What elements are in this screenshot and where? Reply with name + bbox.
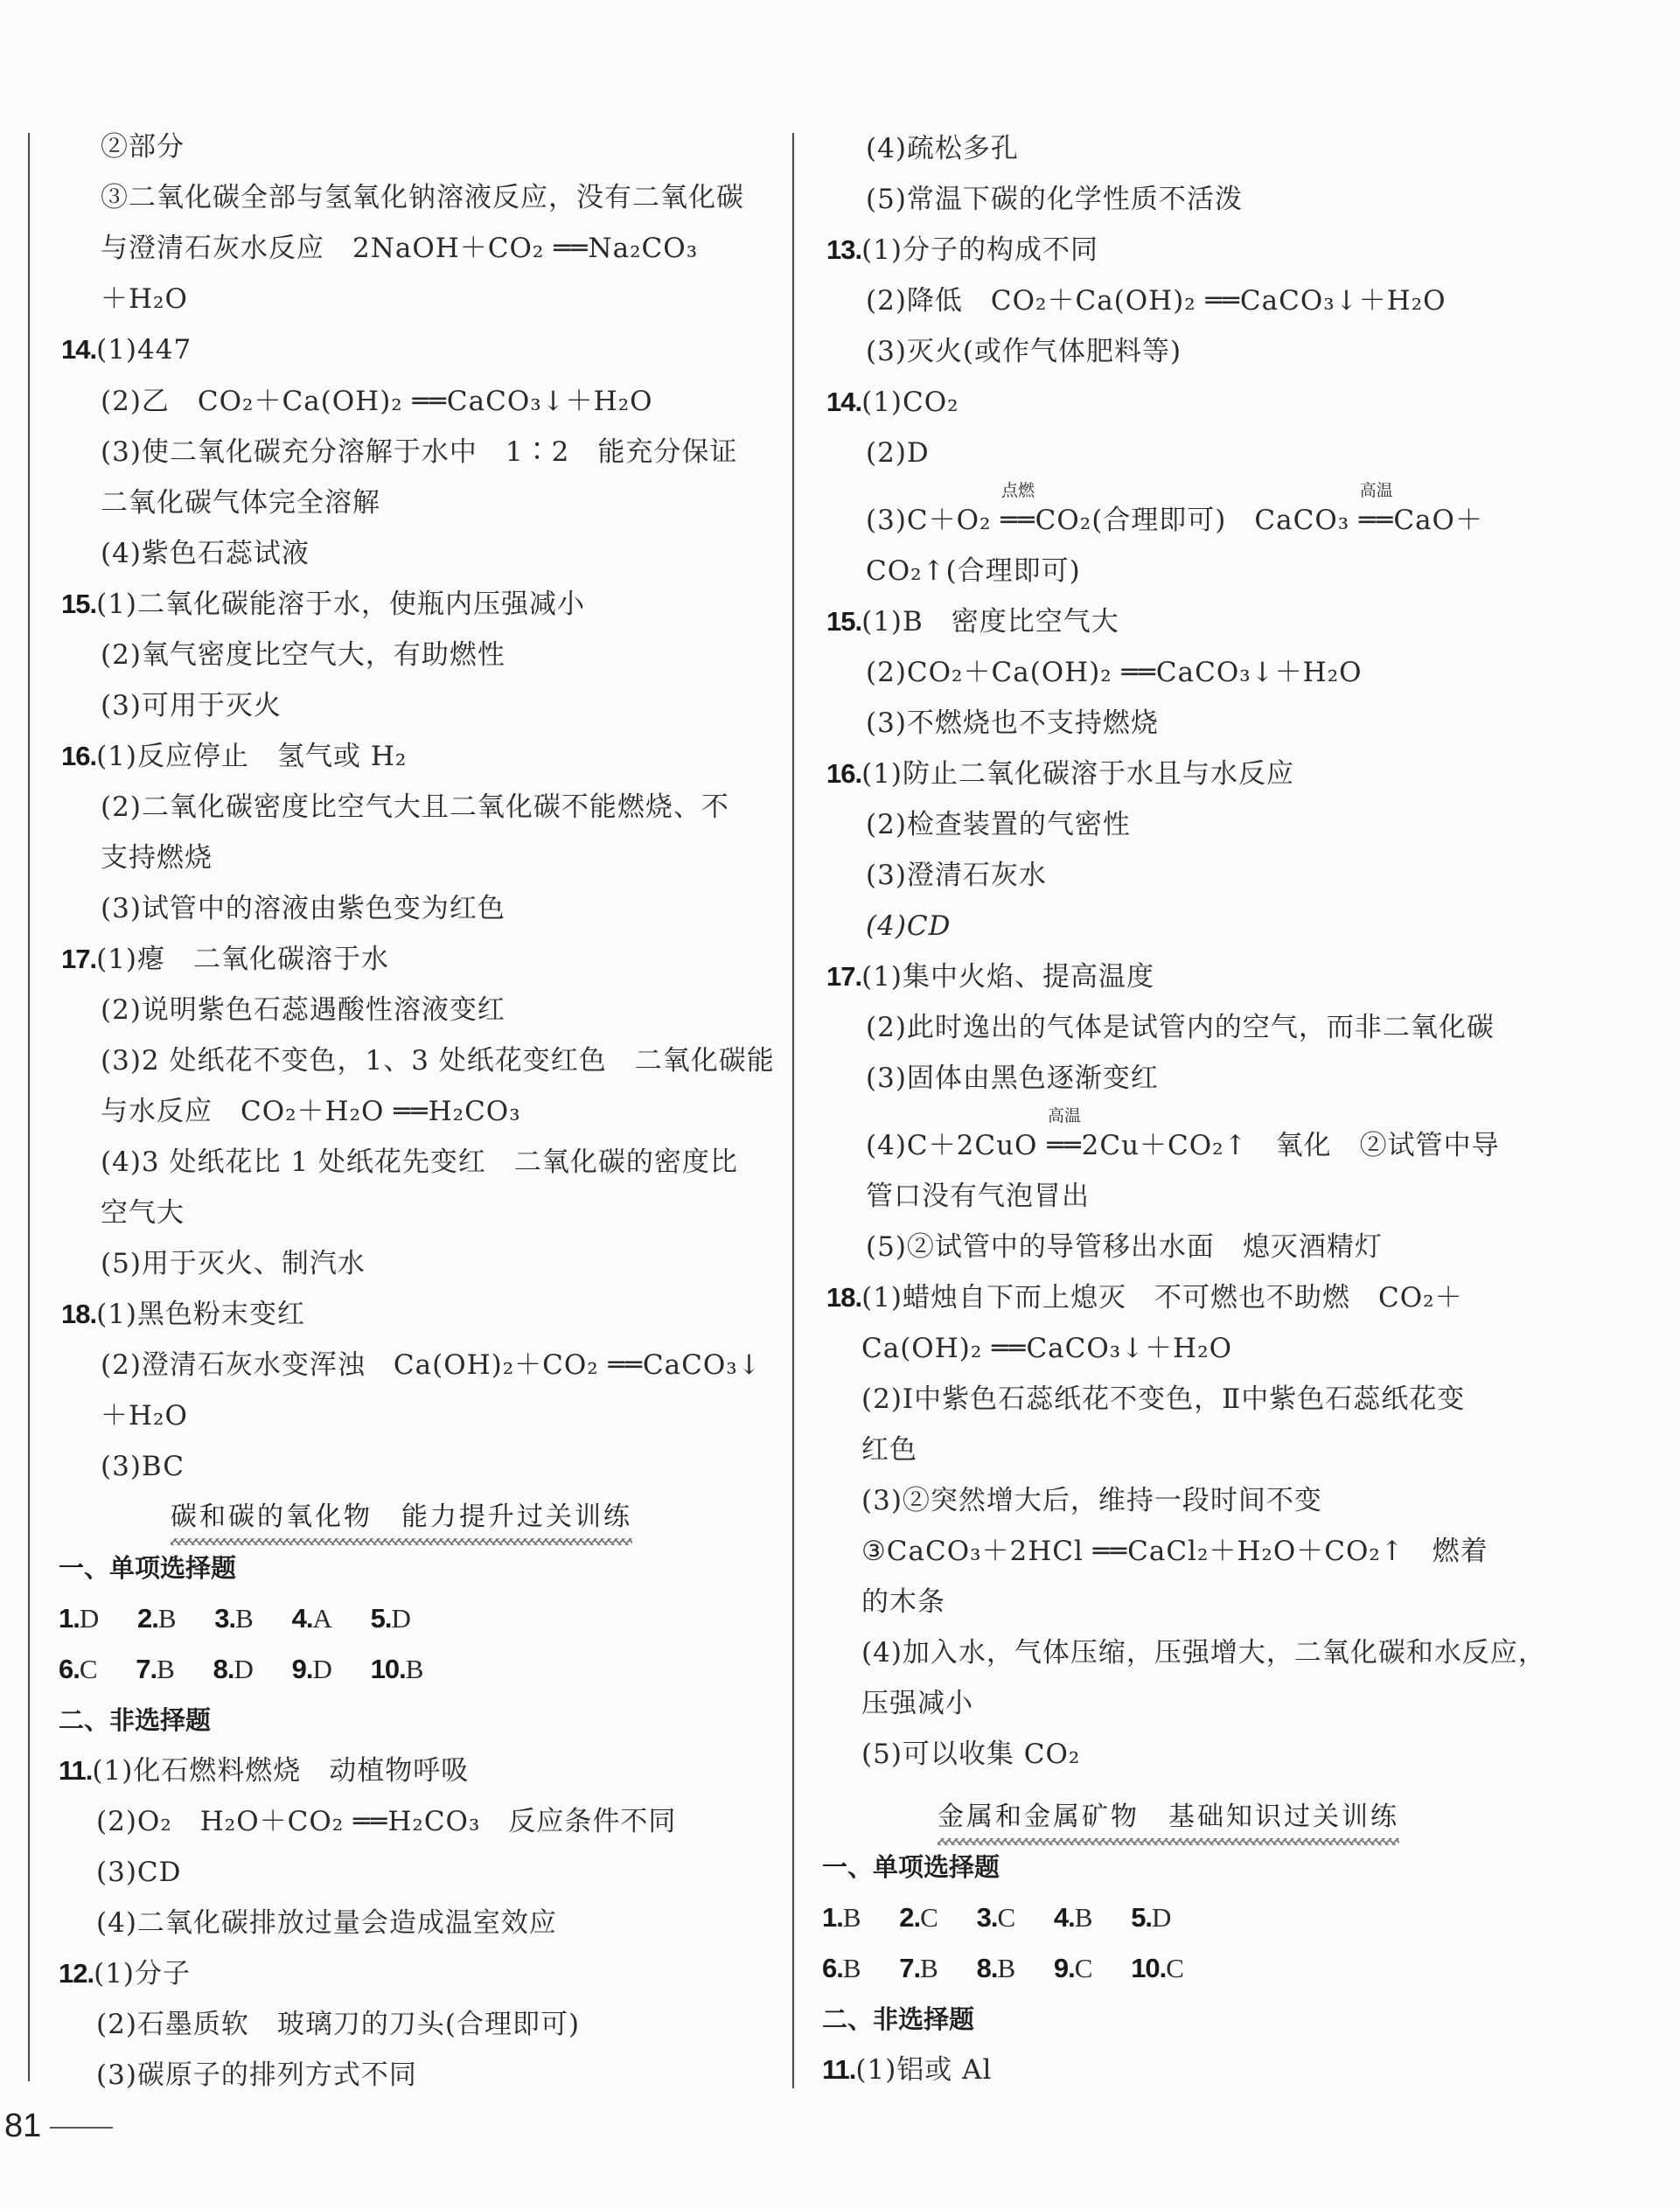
answer-line: (3)2 处纸花不变色，1、3 处纸花变红色 二氧化碳能 — [101, 1043, 775, 1078]
mc-answer: 4.B — [1054, 1900, 1094, 1935]
question-12: 12.(1)分子 — [59, 1956, 191, 1991]
answer-line: (2)石墨质软 玻璃刀的刀头(合理即可) — [96, 2007, 580, 2042]
answer-line: (3)灭火(或作气体肥料等) — [866, 334, 1182, 369]
left-column-divider — [28, 133, 30, 2081]
mc-answer: 9.C — [1054, 1951, 1094, 1986]
mc-answer: 2.B — [137, 1601, 178, 1636]
question-number: 17. — [61, 944, 96, 974]
mc-answer: 3.C — [977, 1900, 1017, 1935]
answer-line: (3)使二氧化碳充分溶解于水中 1∶2 能充分保证 — [101, 435, 737, 470]
mc-answer: 5.D — [371, 1601, 412, 1636]
question-number: 11. — [59, 1755, 92, 1786]
answer-line: 红色 — [861, 1432, 917, 1467]
mc-answer: 5.D — [1131, 1900, 1172, 1935]
answer-line: (3)可用于灭火 — [101, 688, 282, 723]
question-number: 15. — [61, 589, 96, 619]
question-15: 15.(1)B 密度比空气大 — [826, 604, 1119, 639]
page-number: 81 — [4, 2108, 41, 2145]
question-11: 11.(1)化石燃料燃烧 动植物呼吸 — [59, 1753, 469, 1788]
answer-line: (2)澄清石灰水变浑浊 Ca(OH)₂＋CO₂ ══CaCO₃↓ — [101, 1348, 762, 1383]
section-heading: 金属和金属矿物 基础知识过关训练 — [938, 1800, 1399, 1840]
answer-line: (3)CD — [96, 1855, 182, 1890]
answer-line-with-conditions: (4)C＋2CuO 高温══2Cu＋CO₂↑ 氧化 ②试管中导 — [866, 1128, 1500, 1163]
question-16: 16.(1)反应停止 氢气或 H₂ — [61, 739, 407, 774]
multiple-choice-row: 1.B 2.C 3.C 4.B 5.D — [822, 1900, 1202, 1935]
answer-line: (2)氧气密度比空气大，有助燃性 — [101, 638, 505, 672]
question-number: 11. — [822, 2054, 855, 2085]
question-number: 12. — [59, 1958, 94, 1989]
answer-line: (5)常温下碳的化学性质不活泼 — [866, 182, 1243, 217]
answer-line: (5)用于灭火、制汽水 — [101, 1246, 366, 1281]
answer-line: (4)二氧化碳排放过量会造成温室效应 — [96, 1906, 557, 1941]
section-title-multiple-choice: 一、单项选择题 — [59, 1550, 236, 1585]
question-13: 13.(1)分子的构成不同 — [826, 233, 1098, 268]
mc-answer: 10.C — [1131, 1951, 1185, 1986]
question-17: 17.(1)集中火焰、提高温度 — [826, 959, 1154, 994]
answer-line: (2)乙 CO₂＋Ca(OH)₂ ══CaCO₃↓＋H₂O — [101, 384, 653, 419]
answer-line: ＋H₂O — [101, 282, 188, 317]
answer-line: 空气大 — [101, 1195, 185, 1230]
section-heading: 碳和碳的氧化物 能力提升过关训练 — [171, 1500, 632, 1540]
section-title-multiple-choice: 一、单项选择题 — [822, 1850, 1000, 1885]
mc-answer: 8.B — [977, 1951, 1017, 1986]
answer-line: ＋H₂O — [101, 1398, 188, 1433]
question-number: 15. — [826, 606, 861, 637]
question-number: 17. — [826, 961, 861, 992]
answer-line: (3)②突然增大后，维持一段时间不变 — [861, 1483, 1322, 1518]
question-number: 16. — [61, 741, 96, 771]
right-column-divider — [792, 133, 794, 2088]
answer-line: CO₂↑(合理即可) — [866, 554, 1081, 589]
multiple-choice-row: 6.C 7.B 8.D 9.D 10.B — [59, 1652, 454, 1687]
question-number: 18. — [826, 1282, 861, 1313]
question-18: 18.(1)蜡烛自下而上熄灭 不可燃也不助燃 CO₂＋ — [826, 1280, 1463, 1315]
answer-line-with-conditions: (3)C＋O₂ 点燃══CO₂(合理即可) CaCO₃ 高温══CaO＋ — [866, 503, 1483, 538]
answer-line: (2)Ⅰ中紫色石蕊纸花不变色，Ⅱ中紫色石蕊纸花变 — [861, 1382, 1465, 1417]
answer-line: Ca(OH)₂ ══CaCO₃↓＋H₂O — [861, 1331, 1232, 1366]
multiple-choice-row: 6.B 7.B 8.B 9.C 10.C — [822, 1951, 1215, 1986]
answer-line: 与水反应 CO₂＋H₂O ══H₂CO₃ — [101, 1094, 521, 1129]
answer-line: (3)BC — [101, 1449, 185, 1484]
answer-line: (2)CO₂＋Ca(OH)₂ ══CaCO₃↓＋H₂O — [866, 655, 1363, 690]
question-18: 18.(1)黑色粉末变红 — [61, 1297, 305, 1332]
mc-answer: 9.D — [292, 1652, 333, 1687]
wavy-underline — [171, 1538, 632, 1545]
reaction-condition: 高温══ — [1359, 503, 1393, 538]
answer-line: (3)澄清石灰水 — [866, 858, 1047, 893]
answer-line: (4)CD — [866, 909, 952, 944]
answer-line: (2)检查装置的气密性 — [866, 807, 1131, 842]
question-11: 11.(1)铝或 Al — [822, 2052, 992, 2087]
section-title-non-choice: 二、非选择题 — [822, 2002, 974, 2037]
answer-line: (2)O₂ H₂O＋CO₂ ══H₂CO₃ 反应条件不同 — [96, 1804, 676, 1839]
page-number-rule — [50, 2127, 113, 2129]
answer-line: ②部分 — [101, 129, 185, 164]
question-16: 16.(1)防止二氧化碳溶于水且与水反应 — [826, 756, 1294, 791]
answer-line: 与澄清石灰水反应 2NaOH＋CO₂ ══Na₂CO₃ — [101, 231, 698, 266]
mc-answer: 3.B — [214, 1601, 254, 1636]
mc-answer: 2.C — [899, 1900, 939, 1935]
answer-line: (2)二氧化碳密度比空气大且二氧化碳不能燃烧、不 — [101, 790, 729, 825]
mc-answer: 6.C — [59, 1652, 99, 1687]
mc-answer: 1.B — [822, 1900, 862, 1935]
answer-line: (2)说明紫色石蕊遇酸性溶液变红 — [101, 993, 505, 1028]
question-number: 13. — [826, 234, 861, 265]
mc-answer: 7.B — [899, 1951, 939, 1986]
reaction-condition: 高温══ — [1047, 1128, 1081, 1163]
question-15: 15.(1)二氧化碳能溶于水，使瓶内压强减小 — [61, 587, 585, 622]
mc-answer: 8.D — [213, 1652, 254, 1687]
answer-line: ③CaCO₃＋2HCl ══CaCl₂＋H₂O＋CO₂↑ 燃着 — [861, 1534, 1488, 1569]
answer-line: 的木条 — [861, 1585, 945, 1620]
answer-line: (2)此时逸出的气体是试管内的空气，而非二氧化碳 — [866, 1010, 1495, 1045]
question-number: 14. — [61, 334, 96, 365]
question-number: 18. — [61, 1299, 96, 1329]
mc-answer: 7.B — [136, 1652, 176, 1687]
answer-line: 支持燃烧 — [101, 840, 213, 875]
question-number: 14. — [826, 387, 861, 417]
multiple-choice-row: 1.D 2.B 3.B 4.A 5.D — [59, 1601, 442, 1636]
reaction-condition: 点燃══ — [1000, 503, 1035, 538]
mc-answer: 10.B — [371, 1652, 425, 1687]
answer-line: (2)降低 CO₂＋Ca(OH)₂ ══CaCO₃↓＋H₂O — [866, 283, 1446, 318]
answer-line: 压强减小 — [861, 1686, 973, 1721]
answer-line: (3)试管中的溶液由紫色变为红色 — [101, 891, 505, 926]
answer-line: 管口没有气泡冒出 — [866, 1179, 1090, 1214]
answer-line: ③二氧化碳全部与氢氧化钠溶液反应，没有二氧化碳 — [101, 180, 744, 215]
section-title-non-choice: 二、非选择题 — [59, 1703, 211, 1738]
answer-line: (4)加入水，气体压缩，压强增大，二氧化碳和水反应， — [861, 1635, 1546, 1670]
answer-line: (3)不燃烧也不支持燃烧 — [866, 706, 1159, 741]
question-17: 17.(1)瘪 二氧化碳溶于水 — [61, 942, 389, 977]
mc-answer: 6.B — [822, 1951, 862, 1986]
answer-line: (5)可以收集 CO₂ — [861, 1737, 1080, 1772]
answer-line: (3)碳原子的排列方式不同 — [96, 2058, 417, 2093]
answer-line: (4)3 处纸花比 1 处纸花先变红 二氧化碳的密度比 — [101, 1145, 738, 1180]
answer-line: (3)固体由黑色逐渐变红 — [866, 1061, 1159, 1096]
answer-line: (5)②试管中的导管移出水面 熄灭酒精灯 — [866, 1230, 1383, 1265]
answer-line: (4)疏松多孔 — [866, 131, 1019, 166]
answer-line: 二氧化碳气体完全溶解 — [101, 485, 380, 520]
question-14: 14.(1)CO₂ — [826, 385, 959, 420]
answer-line: (2)D — [866, 436, 930, 470]
question-number: 16. — [826, 758, 861, 789]
question-14: 14.(1)447 — [61, 332, 192, 367]
wavy-underline — [938, 1838, 1399, 1845]
answer-line: (4)紫色石蕊试液 — [101, 536, 310, 571]
mc-answer: 1.D — [59, 1601, 100, 1636]
mc-answer: 4.A — [292, 1601, 333, 1636]
